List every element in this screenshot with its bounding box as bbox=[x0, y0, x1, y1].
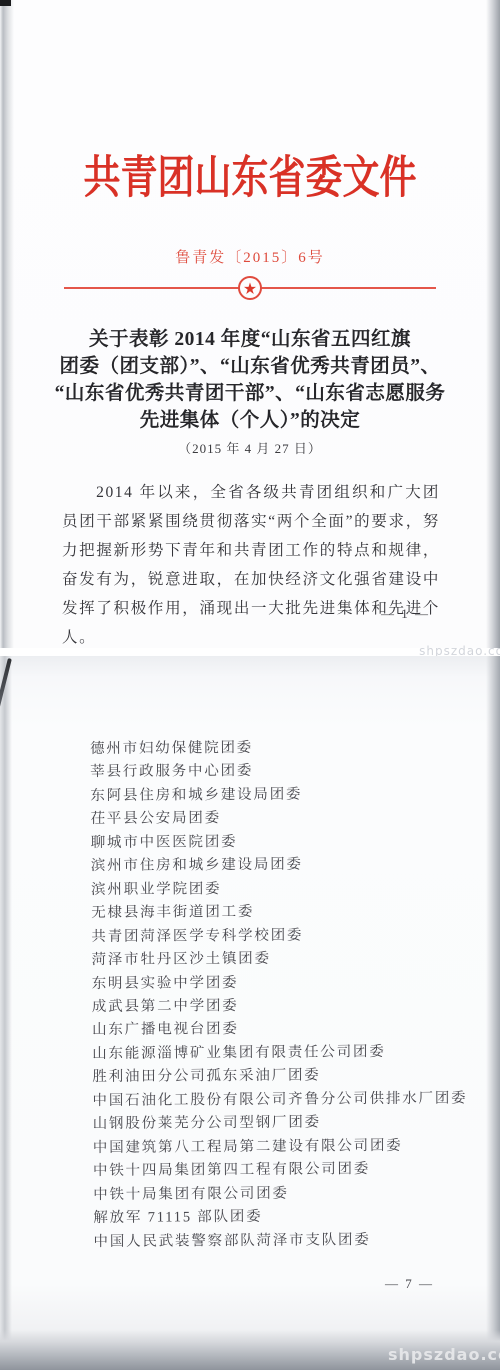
org-list-item: 山东能源淄博矿业集团有限责任公司团委 bbox=[92, 1040, 467, 1066]
page-left-edge-shadow bbox=[0, 0, 14, 648]
scanned-document-view: 共青团山东省委文件 鲁青发〔2015〕6号 ★ 关于表彰 2014 年度“山东省… bbox=[0, 0, 500, 1370]
letterhead-title: 共青团山东省委文件 bbox=[0, 146, 500, 200]
page-number-1: — 1 — bbox=[0, 606, 500, 622]
decision-title-line-1: 关于表彰 2014 年度“山东省五四红旗 bbox=[30, 326, 470, 353]
decision-title-line-3: “山东省优秀共青团干部”、“山东省志愿服务 bbox=[30, 380, 470, 407]
decision-title: 关于表彰 2014 年度“山东省五四红旗 团委（团支部）”、“山东省优秀共青团员… bbox=[30, 326, 470, 434]
star-glyph: ★ bbox=[243, 282, 256, 295]
org-list-item: 德州市妇幼保健院团委 bbox=[90, 735, 465, 761]
org-list-item: 山钢股份莱芜分公司型钢厂团委 bbox=[93, 1111, 468, 1137]
org-list-item: 茌平县公安局团委 bbox=[90, 806, 465, 832]
org-list-item: 滨州市住房和城乡建设局团委 bbox=[91, 853, 466, 879]
scan-corner-artifact bbox=[0, 0, 11, 6]
org-list-item: 东明县实验中学团委 bbox=[92, 970, 467, 996]
letterhead-title-text: 共青团山东省委文件 bbox=[84, 140, 417, 206]
document-page-7: 德州市妇幼保健院团委莘县行政服务中心团委东阿县住房和城乡建设局团委茌平县公安局团… bbox=[0, 656, 500, 1370]
body-paragraph: 2014 年以来，全省各级共青团组织和广大团员团干部紧紧围绕贯彻落实“两个全面”… bbox=[62, 478, 440, 652]
org-list-item: 中国建筑第八工程局第二建设有限公司团委 bbox=[93, 1134, 468, 1160]
decision-title-line-2: 团委（团支部）”、“山东省优秀共青团员”、 bbox=[30, 353, 470, 380]
org-list-item: 解放军 71115 部队团委 bbox=[93, 1204, 468, 1230]
page-number-7: — 7 — bbox=[0, 1276, 500, 1292]
org-list-item: 滨州职业学院团委 bbox=[91, 876, 466, 902]
decision-date: （2015 年 4 月 27 日） bbox=[0, 438, 500, 457]
org-list-item: 聊城市中医医院团委 bbox=[91, 829, 466, 855]
org-list-item: 莘县行政服务中心团委 bbox=[90, 759, 465, 785]
scan-bottom-shadow: shpszdao.co bbox=[0, 1330, 500, 1370]
page-right-edge-shadow bbox=[486, 656, 500, 1370]
org-list-item: 菏泽市牡丹区沙土镇团委 bbox=[91, 946, 466, 972]
org-list-item: 中国石油化工股份有限公司齐鲁分公司供排水厂团委 bbox=[92, 1087, 467, 1113]
org-list-item: 成武县第二中学团委 bbox=[92, 993, 467, 1019]
page-right-edge-shadow bbox=[486, 0, 500, 648]
page-left-edge-shadow bbox=[0, 656, 12, 1370]
document-page-1: 共青团山东省委文件 鲁青发〔2015〕6号 ★ 关于表彰 2014 年度“山东省… bbox=[0, 0, 500, 648]
org-list-item: 中国人民武装警察部队菏泽市支队团委 bbox=[93, 1228, 468, 1254]
star-icon: ★ bbox=[238, 276, 262, 300]
org-list-item: 胜利油田分公司孤东采油厂团委 bbox=[92, 1064, 467, 1090]
watermark-text: shpszdao.co bbox=[388, 1345, 500, 1364]
award-org-list: 德州市妇幼保健院团委莘县行政服务中心团委东阿县住房和城乡建设局团委茌平县公安局团… bbox=[90, 735, 468, 1254]
org-list-item: 山东广播电视台团委 bbox=[92, 1017, 467, 1043]
org-list-item: 中铁十四局集团第四工程有限公司团委 bbox=[93, 1158, 468, 1184]
org-list-item: 无棣县海丰街道团工委 bbox=[91, 900, 466, 926]
org-list-item: 中铁十局集团有限公司团委 bbox=[93, 1181, 468, 1207]
document-number: 鲁青发〔2015〕6号 bbox=[0, 246, 500, 267]
org-list-item: 东阿县住房和城乡建设局团委 bbox=[90, 782, 465, 808]
decision-title-line-4: 先进集体（个人）”的决定 bbox=[30, 407, 470, 434]
org-list-item: 共青团菏泽医学专科学校团委 bbox=[91, 923, 466, 949]
red-divider: ★ bbox=[64, 276, 436, 300]
